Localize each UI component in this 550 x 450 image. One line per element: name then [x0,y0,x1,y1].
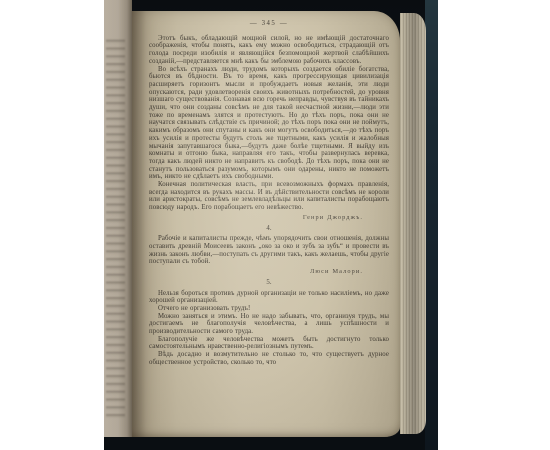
paragraph: Можно заняться и этимъ. Но не надо забыв… [149,313,389,336]
page-text: — 345 — Этотъ быкъ, обладающій мощной си… [149,20,389,433]
section-number: 5. [149,279,389,287]
book-page: — 345 — Этотъ быкъ, обладающій мощной си… [132,11,400,437]
paragraph: Во всѣхъ странахъ люди, трудомъ которыхъ… [149,66,389,182]
background-shadow [425,0,438,450]
book-photo: — 345 — Этотъ быкъ, обладающій мощной си… [104,0,438,450]
paragraph: Благополучіе же человѣчества можетъ быть… [149,336,389,351]
page-fore-edge [400,13,426,434]
paragraph: Этотъ быкъ, обладающій мощной силой, но … [149,35,389,66]
left-page-edge [104,0,132,437]
show-through-text [106,36,125,419]
screenshot-canvas: — 345 — Этотъ быкъ, обладающій мощной си… [0,0,550,450]
quote-signature: Генри Джорджъ. [149,214,389,222]
paragraph: Рабочіе и капиталисты прежде, чѣмъ упоря… [149,235,389,266]
page-number: — 345 — [149,20,389,28]
section-number: 4. [149,225,389,233]
paragraph: Конечная политическая власть, при всевоз… [149,181,389,212]
paragraph: Нельзя бороться противъ дурной организац… [149,290,389,305]
paragraph: Отчего не организовать трудъ! [149,305,389,313]
paragraph: Вѣдь досадно и возмутительно не столько … [149,351,389,366]
quote-signature: Люси Малори. [149,268,389,276]
